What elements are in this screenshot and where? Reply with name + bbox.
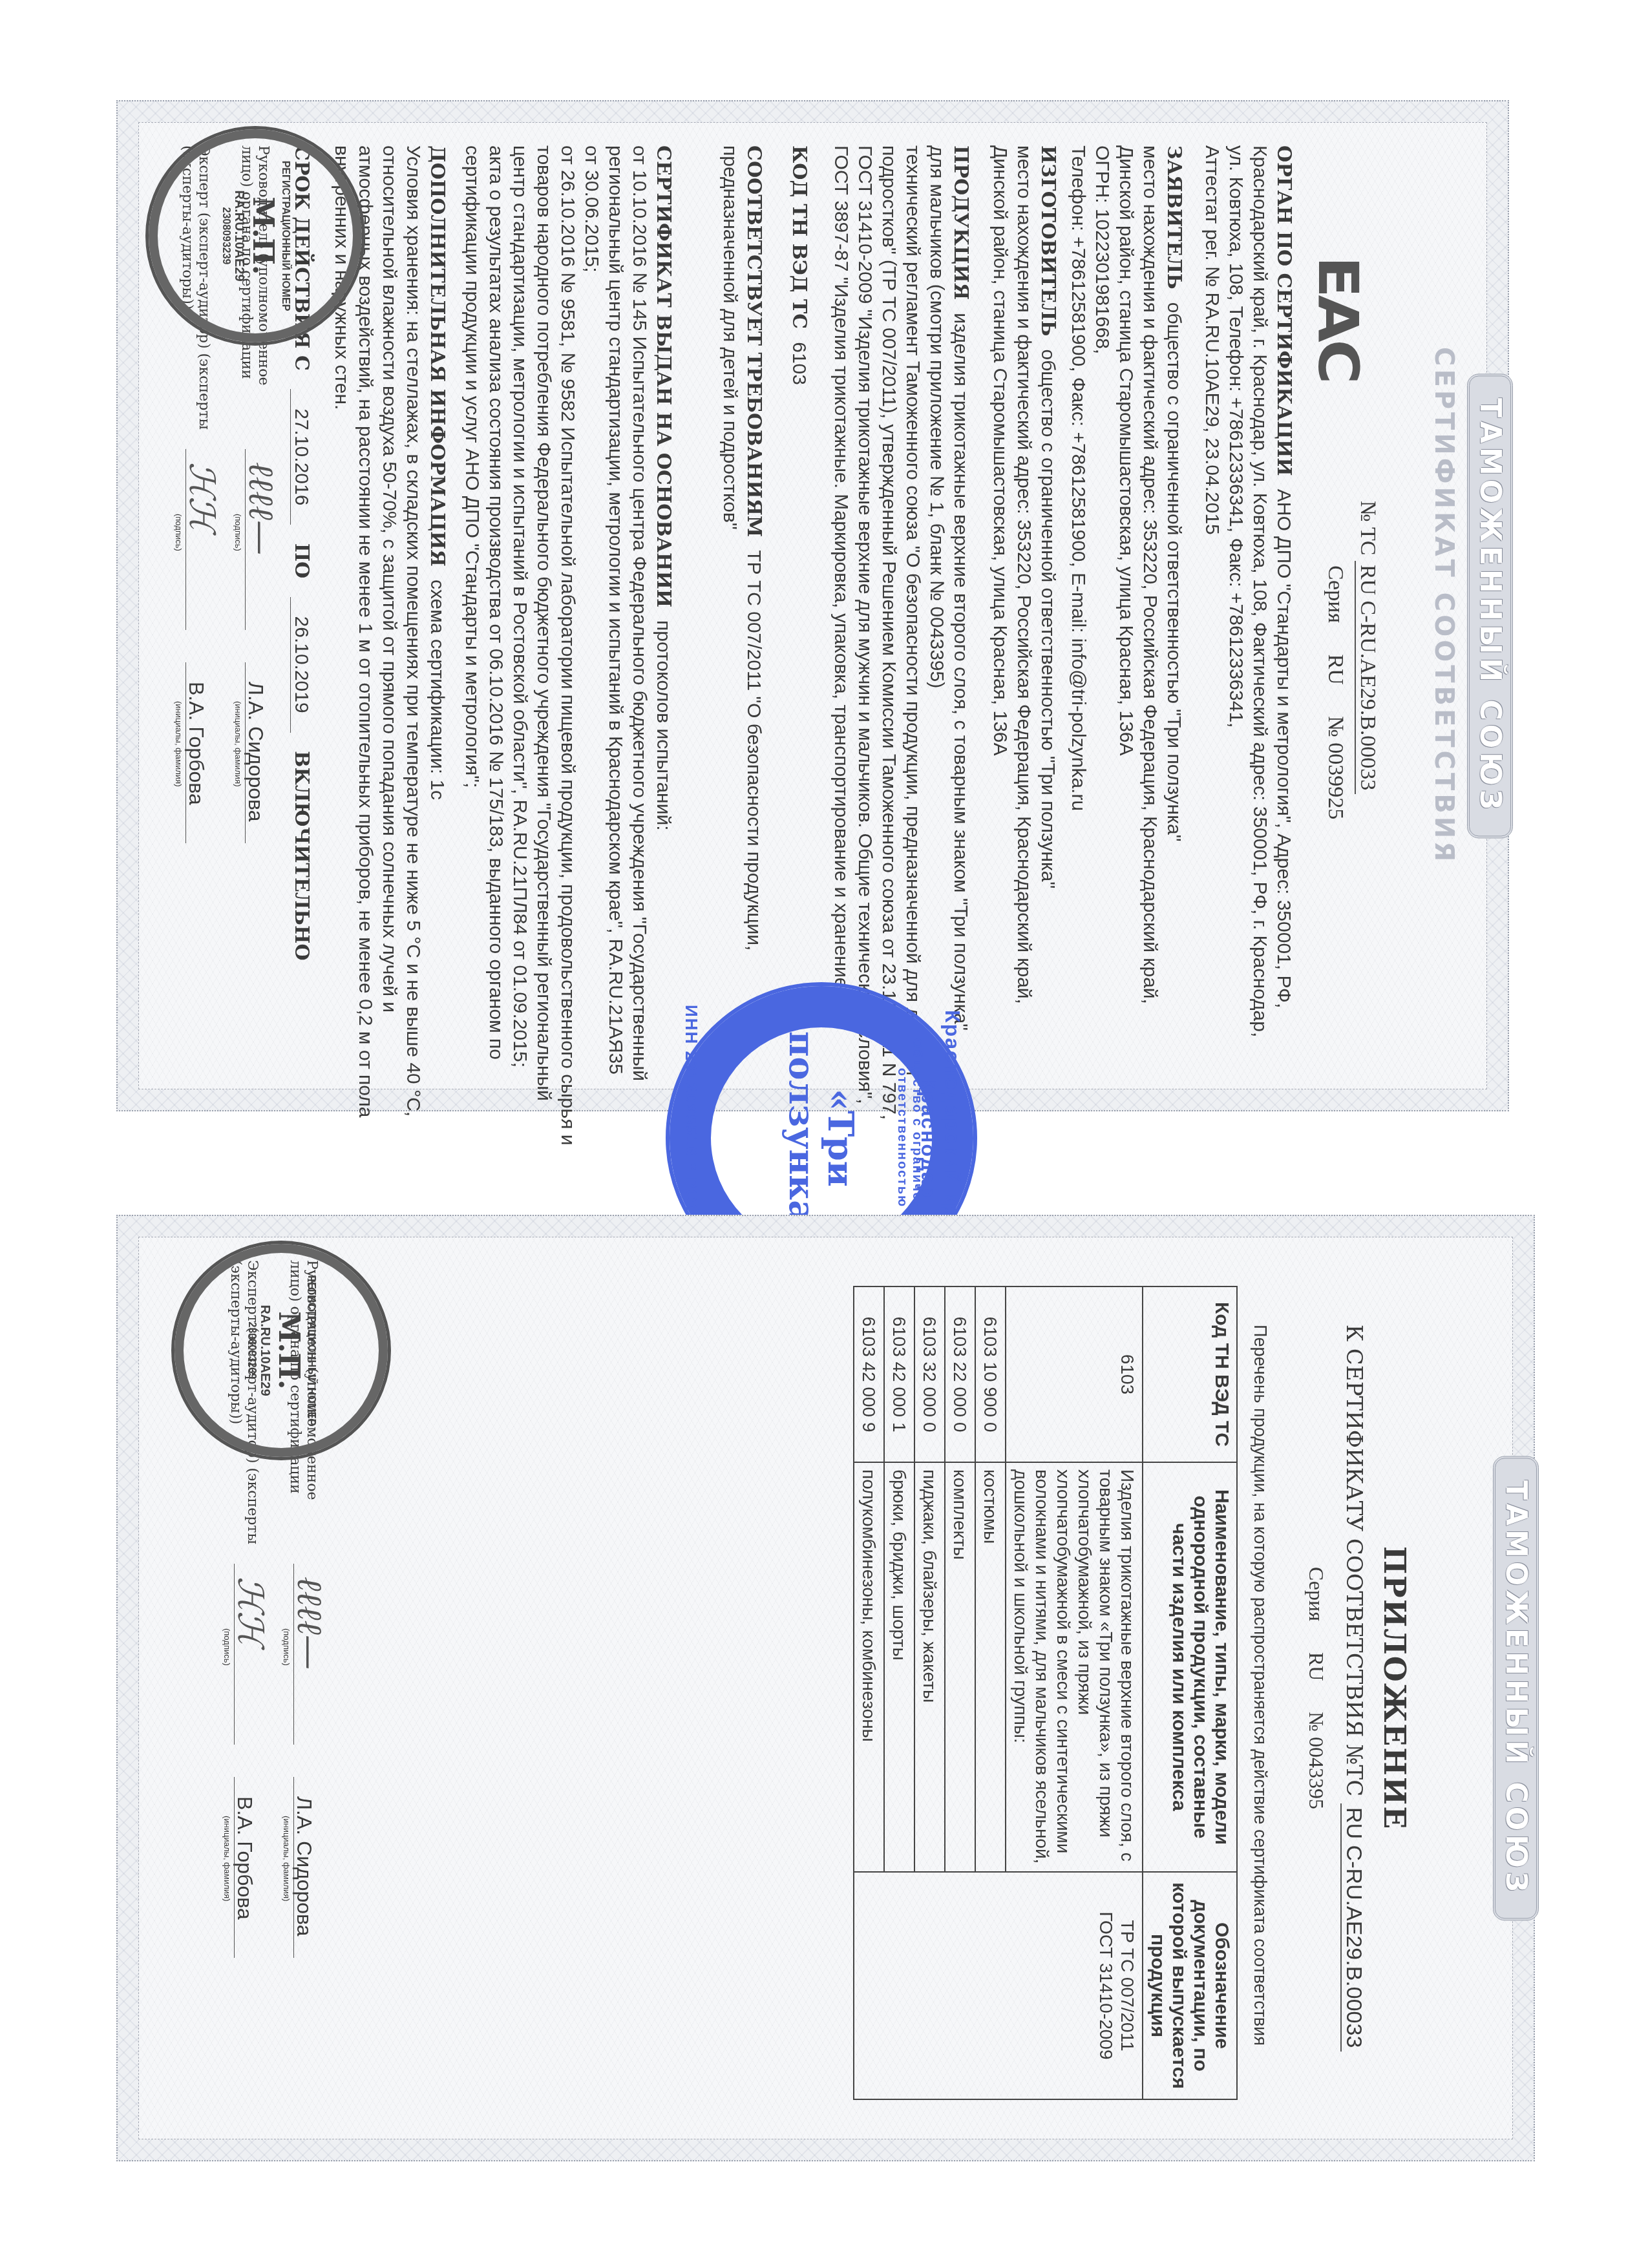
column-header-docs: Обозначение документации, по которой вып… — [1143, 1872, 1237, 2099]
section-label: СЕРТИФИКАТ ВЫДАН НА ОСНОВАНИИ — [652, 145, 675, 607]
text-line: региональный центр стандартизации, метро… — [604, 145, 628, 1073]
caption: (инициалы, фамилия) — [222, 1816, 232, 1901]
text-line: технический регламент Таможенного союза … — [901, 145, 925, 1073]
customs-union-banner: ТАМОЖЕННЫЙ СОЮЗ — [1493, 1456, 1539, 1920]
text-line: предназначенной для детей и подростков" — [718, 145, 742, 1073]
caption: (подпись) — [174, 514, 184, 551]
text-line: ул. Ковтюха, 108, Телефон: +78612336341,… — [1224, 145, 1248, 1073]
text-line: от 30.06.2015; — [580, 145, 604, 1073]
valid-to-date: 26.10.2019 — [290, 597, 312, 733]
product-table: Код ТН ВЭД ТС Наименование, типы, марки,… — [853, 1286, 1238, 2100]
signature-icon: ℋℋ — [230, 1577, 271, 1646]
complies-section: СООТВЕТСТВУЕТ ТРЕБОВАНИЯМТР ТС 007/2011 … — [718, 145, 766, 1073]
manufacturer-section: ИЗГОТОВИТЕЛЬобщество с ограниченной отве… — [988, 145, 1060, 1073]
table-cell-code: 6103 — [1006, 1286, 1143, 1462]
seal-inn: 2308093239 — [246, 1322, 257, 1380]
table-cell-name: Изделия трикотажные верхние второго слоя… — [1006, 1462, 1143, 1872]
document-type-heading: СЕРТИФИКАТ СООТВЕТСТВИЯ — [1429, 100, 1459, 1111]
issued-basis-section: СЕРТИФИКАТ ВЫДАН НА ОСНОВАНИИпротоколов … — [460, 145, 675, 1073]
caption: (подпись) — [233, 514, 243, 551]
text-line: от 10.10.2016 № 145 Испытательного центр… — [628, 145, 651, 1073]
table-row: 6103 Изделия трикотажные верхние второго… — [1006, 1286, 1143, 2099]
signature-line — [245, 449, 246, 630]
section-label: ОРГАН ПО СЕРТИФИКАЦИИ — [1273, 145, 1295, 476]
hs-code-value: 6103 — [788, 342, 810, 385]
text-line: ОГРН: 1022301981668, — [1090, 145, 1114, 1073]
certificate-page: ТАМОЖЕННЫЙ СОЮЗ СЕРТИФИКАТ СООТВЕТСТВИЯ … — [116, 100, 1509, 1111]
text-line: Условия хранения: на стеллажах, в складс… — [401, 145, 425, 1073]
text-line: товаров народного потребления Федерально… — [532, 145, 556, 1073]
annex-intro: Перечень продукции, на которую распростр… — [1250, 1325, 1270, 2046]
table-cell-code: 6103 10 900 0 — [975, 1286, 1006, 1462]
seal-mark: М.П. — [246, 197, 279, 275]
text-line: протоколов испытаний: — [653, 620, 674, 830]
seal-mark: М.П. — [272, 1312, 305, 1390]
caption: (инициалы, фамилия) — [174, 701, 184, 786]
table-cell-code: 6103 22 000 0 — [945, 1286, 975, 1462]
text-line: Телефон: +78612581900, Факс: +7861258190… — [1066, 145, 1090, 1073]
valid-from-date: 27.10.2016 — [290, 389, 312, 525]
signature-line — [234, 1564, 235, 1745]
cert-reference-label: К СЕРТИФИКАТУ СООТВЕТСТВИЯ №ТС — [1341, 1325, 1367, 1797]
text-line: Динской район, станица Старомышастовская… — [988, 145, 1012, 1073]
annex-cert-reference: К СЕРТИФИКАТУ СООТВЕТСТВИЯ №ТС RU C-RU.А… — [1341, 1215, 1367, 2161]
section-label: СООТВЕТСТВУЕТ ТРЕБОВАНИЯМ — [743, 145, 765, 537]
signature-line — [293, 1564, 294, 1745]
annex-page: ТАМОЖЕННЫЙ СОЮЗ ПРИЛОЖЕНИЕ К СЕРТИФИКАТУ… — [116, 1215, 1535, 2161]
hs-code-section: КОД ТН ВЭД ТС6103 — [787, 145, 811, 1073]
text-line: акта о результатах анализа состояния про… — [484, 145, 508, 1073]
applicant-section: ЗАЯВИТЕЛЬобщество с ограниченной ответст… — [1066, 145, 1186, 1073]
certification-body-seal: РЕГИСТРАЦИОННЫЙ НОМЕР М.П. RA.RU.10АЕ29 … — [145, 126, 365, 346]
table-cell-code: 6103 42 000 9 — [854, 1286, 884, 1462]
text-line: схема сертификации: 1с — [427, 580, 448, 800]
valid-to-label: ПО — [290, 543, 313, 578]
text-line: место нахождения и фактический адрес: 35… — [1012, 145, 1036, 1073]
certification-body-section: ОРГАН ПО СЕРТИФИКАЦИИАНО ДПО "Стандарты … — [1200, 145, 1296, 1073]
table-cell-name: полукомбинезоны, комбинезоны — [854, 1462, 884, 1872]
text-line: центр стандартизации, метрологии и испыт… — [508, 145, 532, 1073]
text-line: АНО ДПО "Стандарты и метрология", Адрес:… — [1273, 489, 1294, 1009]
inclusive-label: ВКЛЮЧИТЕЛЬНО — [290, 751, 313, 960]
signature-icon: ℓℓℓℓ— — [290, 1577, 330, 1670]
text-line: сертификации продукции и услуг АНО ДПО "… — [460, 145, 484, 1073]
caption: (подпись) — [222, 1628, 232, 1666]
text-line: относительной влажности воздуха 50-70%, … — [377, 145, 401, 1073]
series-label: Серия — [1324, 565, 1347, 623]
text-line: изделия трикотажные верхние второго слоя… — [950, 313, 971, 1031]
text-line: Краснодарский край, г. Краснодар, ул. Ко… — [1248, 145, 1272, 1073]
certification-body-seal: РЕГИСТРАЦИОННЫЙ НОМЕР М.П. RA.RU.10АЕ29 … — [171, 1241, 391, 1460]
certificate-number: № ТС RU C-RU.АЕ29.В.00033 — [1355, 501, 1380, 794]
name-line — [234, 1777, 235, 1958]
seal-reg-number: RA.RU.10АЕ29 — [231, 190, 246, 281]
table-cell-code: 6103 32 000 0 — [914, 1286, 945, 1462]
section-label: ПРОДУКЦИЯ — [949, 145, 972, 300]
column-header-code: Код ТН ВЭД ТС — [1143, 1286, 1237, 1462]
text-line: место нахождения и фактический адрес: 35… — [1138, 145, 1162, 1073]
cert-number-value: RU C-RU.АЕ29.В.00033 — [1340, 1803, 1366, 2052]
seal-text: РЕГИСТРАЦИОННЫЙ НОМЕР — [279, 155, 291, 317]
table-cell-name: брюки, бриджи, шорты — [884, 1462, 914, 1872]
table-cell-name: пиджаки, блайзеры, жакеты — [914, 1462, 945, 1872]
head-name: Л.А. Сидорова — [244, 682, 268, 822]
series-label: Серия — [1305, 1567, 1328, 1621]
signature-line — [185, 449, 186, 630]
expert-name: В.А. Горбова — [184, 682, 208, 805]
series-value: RU — [1324, 655, 1347, 685]
product-section: ПРОДУКЦИЯизделия трикотажные верхние вто… — [829, 145, 973, 1073]
series-value: RU — [1305, 1652, 1328, 1681]
caption: (инициалы, фамилия) — [282, 1816, 291, 1901]
signature-icon: ℓℓℓℓ— — [241, 462, 282, 555]
text-line: для мальчиков (смотри приложение № 1, бл… — [925, 145, 949, 1073]
text-line: ТР ТС 007/2011 "О безопасности продукции… — [743, 550, 765, 950]
blank-number: № 0043395 — [1305, 1712, 1328, 1809]
text-line: подростков" (ТР ТС 007/2011), утвержденн… — [877, 145, 901, 1073]
seal-inn: 2308093239 — [220, 207, 231, 265]
seal-text: РЕГИСТРАЦИОННЫЙ НОМЕР — [305, 1270, 317, 1431]
annex-series: Серия RU № 0043395 — [1304, 1215, 1328, 2161]
section-label: ДОПОЛНИТЕЛЬНАЯ ИНФОРМАЦИЯ — [426, 145, 449, 567]
expert-name: В.А. Горбова — [233, 1796, 257, 1920]
eac-mark-icon: EAC — [1305, 256, 1370, 381]
text-line: ГОСТ 31410-2009 "Изделия трикотажные вер… — [853, 145, 877, 1073]
stamp-center-text: «Три — [821, 1089, 860, 1187]
signature-icon: ℋℋ — [182, 462, 222, 531]
name-line — [245, 662, 246, 843]
column-header-name: Наименование, типы, марки, модели одноро… — [1143, 1462, 1237, 1872]
customs-union-banner: ТАМОЖЕННЫЙ СОЮЗ — [1467, 373, 1513, 838]
caption: (инициалы, фамилия) — [233, 701, 243, 786]
head-name: Л.А. Сидорова — [292, 1796, 316, 1937]
text-line: общество с ограниченной ответственностью… — [1163, 302, 1185, 842]
name-line — [293, 1777, 294, 1958]
table-header-row: Код ТН ВЭД ТС Наименование, типы, марки,… — [1143, 1286, 1237, 2099]
table-cell-name: костюмы — [975, 1462, 1006, 1872]
seal-reg-number: RA.RU.10АЕ29 — [257, 1305, 272, 1396]
table-cell-name: комплекты — [945, 1462, 975, 1872]
caption: (подпись) — [282, 1628, 291, 1666]
annex-title: ПРИЛОЖЕНИЕ — [1377, 1215, 1412, 2161]
cert-number-value: RU C-RU.АЕ29.В.00033 — [1355, 561, 1380, 794]
table-cell-docs: ТР ТС 007/2011 ГОСТ 31410-2009 — [854, 1872, 1143, 2099]
text-line: от 26.10.2016 № 9581, № 9582 Испытательн… — [556, 145, 580, 1073]
name-line — [185, 662, 186, 843]
text-line: ГОСТ 3897-87 "Изделия трикотажные. Марки… — [829, 145, 853, 1073]
certificate-series: Серия RU № 0039925 — [1323, 565, 1347, 845]
text-line: общество с ограниченной ответственностью… — [1037, 349, 1059, 888]
section-label: КОД ТН ВЭД ТС — [788, 145, 810, 329]
cert-number-label: № ТС — [1356, 501, 1380, 555]
table-cell-code: 6103 42 000 1 — [884, 1286, 914, 1462]
stamp-center-text: ползунка» — [783, 1031, 821, 1244]
blank-number: № 0039925 — [1324, 716, 1347, 819]
text-line: Аттестат рег. № RA.RU.10АЕ29, 23.04.2015 — [1200, 145, 1224, 1073]
section-label: ЗАЯВИТЕЛЬ — [1163, 145, 1185, 289]
text-line: Динской район, станица Старомышастовская… — [1114, 145, 1138, 1073]
section-label: ИЗГОТОВИТЕЛЬ — [1037, 145, 1059, 336]
